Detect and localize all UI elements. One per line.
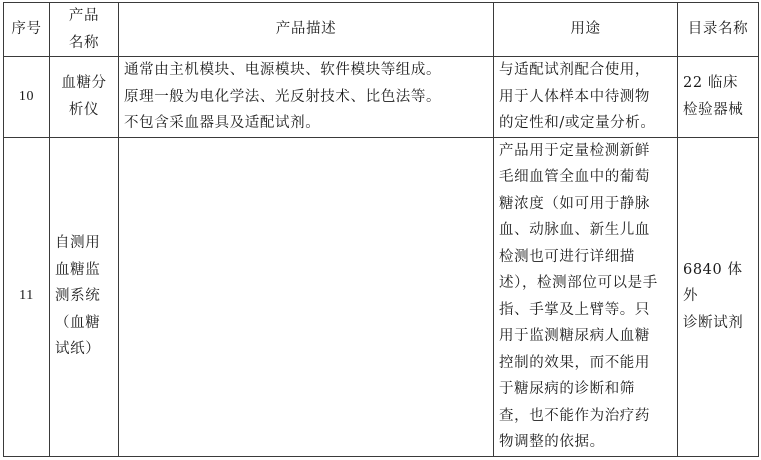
header-index: 序号 bbox=[4, 3, 50, 57]
row-catalog-name: 22 临床 检验器械 bbox=[678, 57, 759, 138]
row-use: 与适配试剂配合使用， 用于人体样本中待测物 的定性和/或定量分析。 bbox=[494, 57, 678, 138]
header-catalog-name: 目录名称 bbox=[678, 3, 759, 57]
header-product-name: 产品 名称 bbox=[50, 3, 119, 57]
table-header-row: 序号 产品 名称 产品描述 用途 目录名称 bbox=[4, 3, 759, 57]
row-use: 产品用于定量检测新鲜 毛细血管全血中的葡萄 糖浓度（如可用于静脉 血、动脉血、新… bbox=[494, 137, 678, 456]
row-product-description bbox=[119, 137, 494, 456]
header-product-description: 产品描述 bbox=[119, 3, 494, 57]
row-product-name: 自测用 血糖监 测系统 （血糖 试纸） bbox=[50, 137, 119, 456]
row-product-description: 通常由主机模块、电源模块、软件模块等组成。 原理一般为电化学法、光反射技术、比色… bbox=[119, 57, 494, 138]
table-row: 11 自测用 血糖监 测系统 （血糖 试纸） 产品用于定量检测新鲜 毛细血管全血… bbox=[4, 137, 759, 456]
header-use: 用途 bbox=[494, 3, 678, 57]
row-catalog-name: 6840 体外 诊断试剂 bbox=[678, 137, 759, 456]
row-product-name: 血糖分 析仪 bbox=[50, 57, 119, 138]
product-catalog-table: 序号 产品 名称 产品描述 用途 目录名称 10 血糖分 析仪 通常由主机模块、… bbox=[3, 2, 759, 457]
row-index: 11 bbox=[4, 137, 50, 456]
table-row: 10 血糖分 析仪 通常由主机模块、电源模块、软件模块等组成。 原理一般为电化学… bbox=[4, 57, 759, 138]
row-index: 10 bbox=[4, 57, 50, 138]
